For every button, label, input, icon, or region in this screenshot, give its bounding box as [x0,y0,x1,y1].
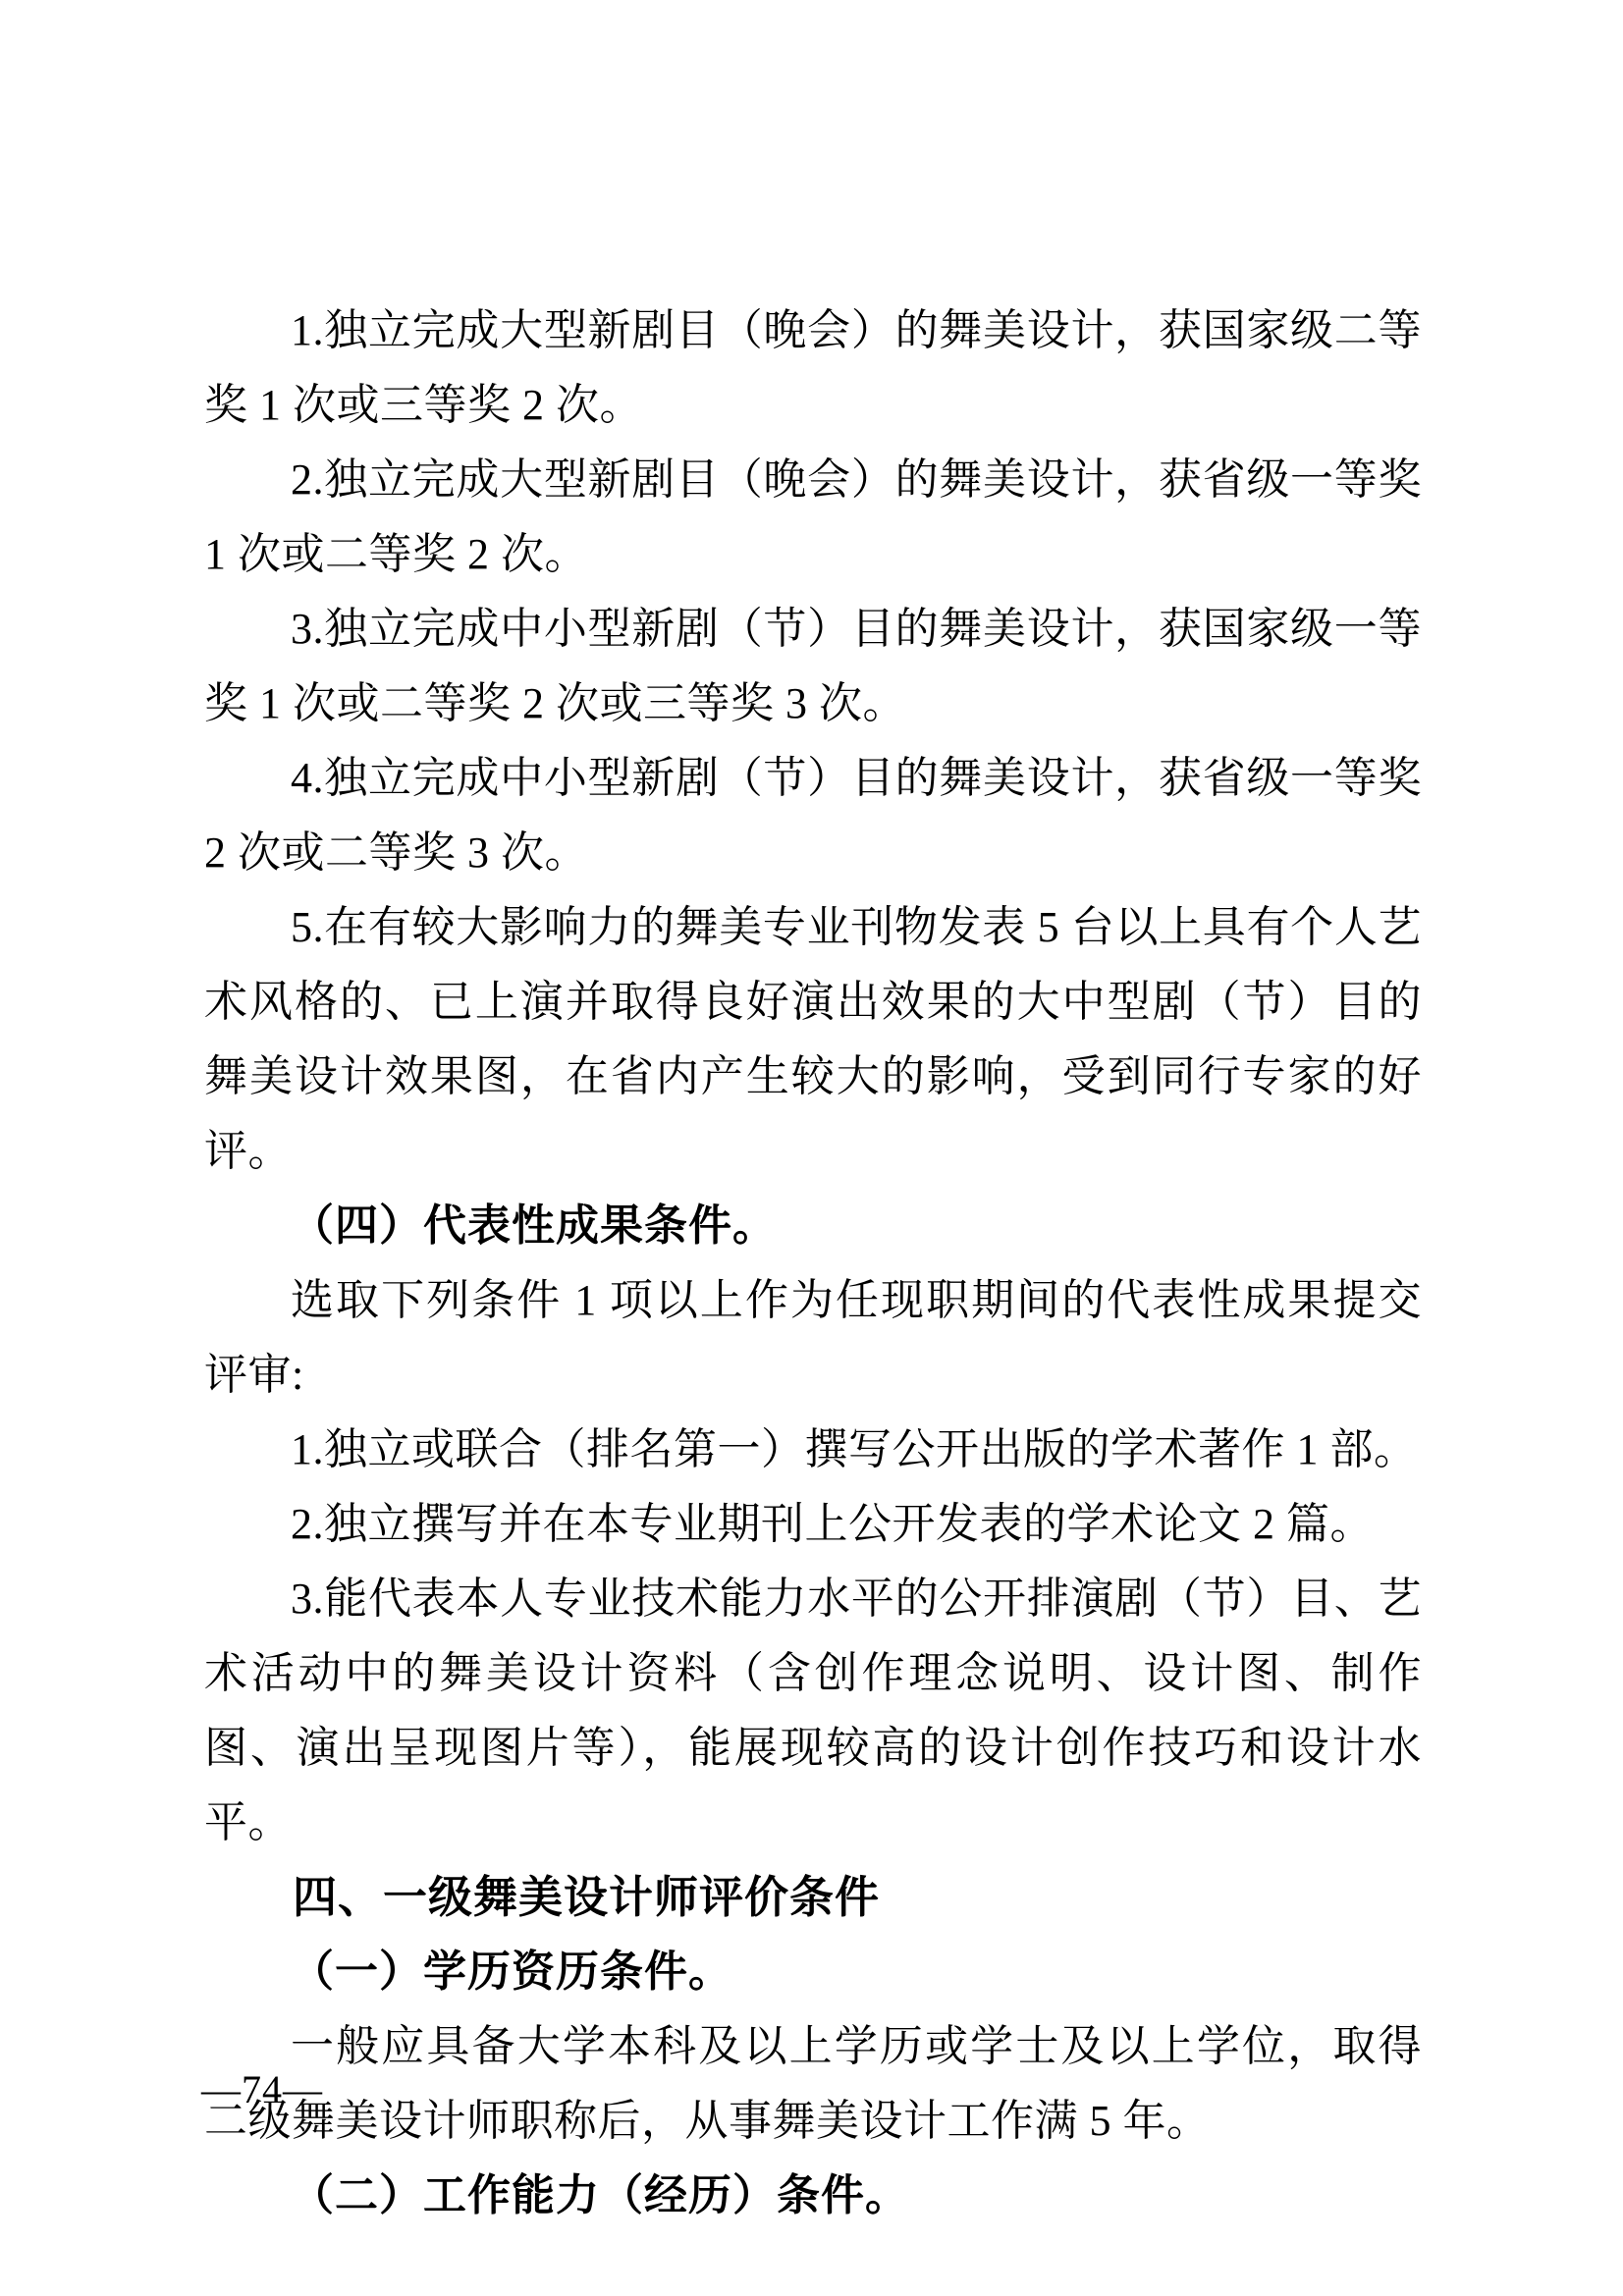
body-paragraph: 2.独立完成大型新剧目（晚会）的舞美设计，获省级一等奖 1 次或二等奖 2 次。 [204,443,1422,592]
body-paragraph: 1.独立完成大型新剧目（晚会）的舞美设计，获国家级二等奖 1 次或三等奖 2 次… [204,294,1422,443]
body-paragraph: 1.独立或联合（排名第一）撰写公开出版的学术著作 1 部。 [204,1413,1422,1487]
body-paragraph: 3.独立完成中小型新剧（节）目的舞美设计，获国家级一等奖 1 次或二等奖 2 次… [204,592,1422,741]
page-footer: —74— [201,2067,323,2112]
subsection-heading: （四）代表性成果条件。 [204,1189,1422,1263]
subsection-heading: （一）学历资历条件。 [204,1935,1422,2009]
document-page: 1.独立完成大型新剧目（晚会）的舞美设计，获国家级二等奖 1 次或三等奖 2 次… [0,0,1623,2296]
document-body: 1.独立完成大型新剧目（晚会）的舞美设计，获国家级二等奖 1 次或三等奖 2 次… [204,294,1422,2233]
body-paragraph: 4.独立完成中小型新剧（节）目的舞美设计，获省级一等奖 2 次或二等奖 3 次。 [204,741,1422,890]
section-heading: 四、一级舞美设计师评价条件 [204,1860,1422,1935]
body-paragraph: 3.能代表本人专业技术能力水平的公开排演剧（节）目、艺术活动中的舞美设计资料（含… [204,1562,1422,1860]
page-number: —74— [201,2067,323,2111]
body-paragraph: 选取下列条件 1 项以上作为任现职期间的代表性成果提交评审: [204,1263,1422,1413]
body-paragraph: 5.在有较大影响力的舞美专业刊物发表 5 台以上具有个人艺术风格的、已上演并取得… [204,890,1422,1189]
body-paragraph: 一般应具备大学本科及以上学历或学士及以上学位，取得二级舞美设计师职称后，从事舞美… [204,2009,1422,2159]
subsection-heading: （二）工作能力（经历）条件。 [204,2159,1422,2233]
body-paragraph: 2.独立撰写并在本专业期刊上公开发表的学术论文 2 篇。 [204,1487,1422,1562]
